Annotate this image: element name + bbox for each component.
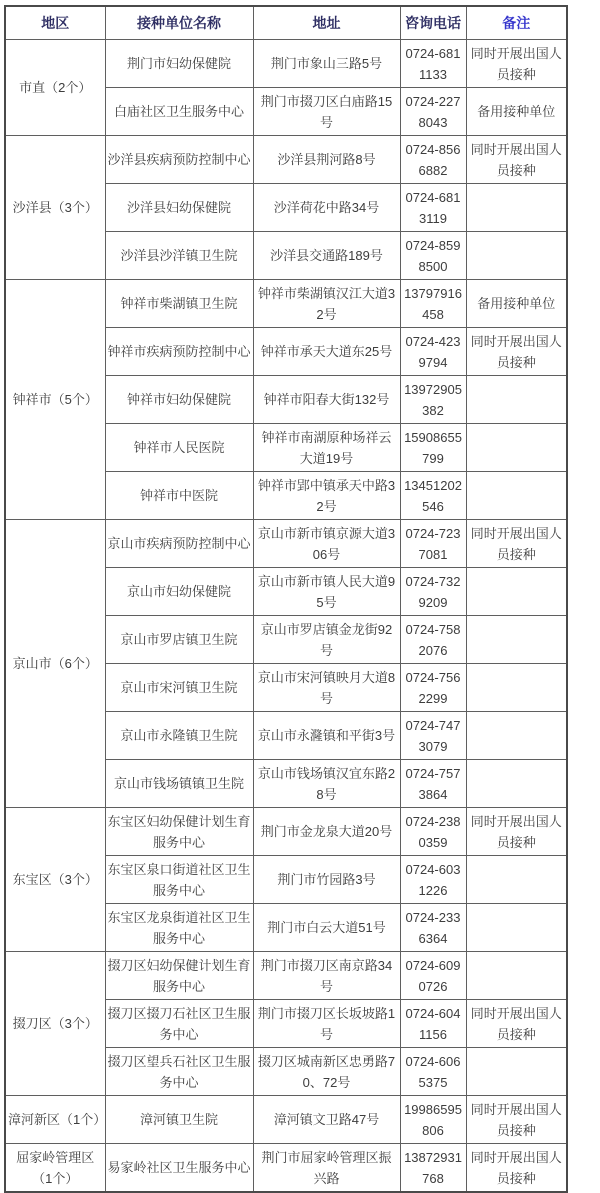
address-cell: 沙洋荷花中路34号 [253,184,400,232]
phone-cell: 0724-7573864 [400,760,466,808]
unit-name-cell: 易家岭社区卫生服务中心 [105,1144,253,1193]
address-cell: 沙洋县交通路189号 [253,232,400,280]
address-cell: 荆门市掇刀区白庙路15号 [253,88,400,136]
unit-name-cell: 漳河镇卫生院 [105,1096,253,1144]
unit-name-cell: 京山市罗店镇卫生院 [105,616,253,664]
address-cell: 钟祥市柴湖镇汉江大道32号 [253,280,400,328]
region-cell: 漳河新区（1个） [5,1096,105,1144]
unit-name-cell: 京山市妇幼保健院 [105,568,253,616]
address-cell: 京山市新市镇京源大道306号 [253,520,400,568]
address-cell: 钟祥市南湖原种场祥云大道19号 [253,424,400,472]
region-cell: 沙洋县（3个） [5,136,105,280]
remark-cell [466,184,567,232]
address-cell: 荆门市金龙泉大道20号 [253,808,400,856]
remark-cell: 备用接种单位 [466,280,567,328]
unit-name-cell: 钟祥市疾病预防控制中心 [105,328,253,376]
phone-cell: 0724-7237081 [400,520,466,568]
phone-cell: 0724-6813119 [400,184,466,232]
address-cell: 京山市钱场镇汉宜东路28号 [253,760,400,808]
unit-name-cell: 掇刀区望兵石社区卫生服务中心 [105,1048,253,1096]
remark-cell: 同时开展出国人员接种 [466,136,567,184]
remark-cell [466,664,567,712]
unit-name-cell: 钟祥市柴湖镇卫生院 [105,280,253,328]
column-header-region: 地区 [5,6,105,40]
address-cell: 钟祥市阳春大街132号 [253,376,400,424]
phone-cell: 0724-2336364 [400,904,466,952]
remark-cell [466,904,567,952]
phone-cell: 0724-7582076 [400,616,466,664]
region-cell: 东宝区（3个） [5,808,105,952]
table-row: 东宝区（3个）东宝区妇幼保健计划生育服务中心荆门市金龙泉大道20号0724-23… [5,808,567,856]
phone-cell: 0724-2380359 [400,808,466,856]
address-cell: 钟祥市承天大道东25号 [253,328,400,376]
phone-cell: 0724-7473079 [400,712,466,760]
address-cell: 荆门市竹园路3号 [253,856,400,904]
remark-cell [466,376,567,424]
unit-name-cell: 钟祥市中医院 [105,472,253,520]
remark-cell: 同时开展出国人员接种 [466,40,567,88]
remark-cell: 同时开展出国人员接种 [466,520,567,568]
remark-cell [466,472,567,520]
column-header-address: 地址 [253,6,400,40]
address-cell: 京山市罗店镇金龙街92号 [253,616,400,664]
phone-cell: 13972905382 [400,376,466,424]
unit-name-cell: 沙洋县妇幼保健院 [105,184,253,232]
phone-cell: 19986595806 [400,1096,466,1144]
column-header-remark: 备注 [466,6,567,40]
unit-name-cell: 京山市宋河镇卫生院 [105,664,253,712]
phone-cell: 0724-7562299 [400,664,466,712]
unit-name-cell: 沙洋县疾病预防控制中心 [105,136,253,184]
remark-cell [466,232,567,280]
remark-cell [466,568,567,616]
table-row: 沙洋县（3个）沙洋县疾病预防控制中心沙洋县荆河路8号0724-8566882同时… [5,136,567,184]
unit-name-cell: 沙洋县沙洋镇卫生院 [105,232,253,280]
address-cell: 钟祥市郢中镇承天中路32号 [253,472,400,520]
phone-cell: 0724-4239794 [400,328,466,376]
remark-cell: 同时开展出国人员接种 [466,1144,567,1193]
remark-cell: 同时开展出国人员接种 [466,1096,567,1144]
address-cell: 荆门市白云大道51号 [253,904,400,952]
phone-cell: 0724-2278043 [400,88,466,136]
region-cell: 掇刀区（3个） [5,952,105,1096]
vaccination-sites-table: 地区 接种单位名称 地址 咨询电话 备注 市直（2个）荆门市妇幼保健院荆门市象山… [4,5,568,1193]
phone-cell: 0724-6811133 [400,40,466,88]
address-cell: 京山市永漋镇和平街3号 [253,712,400,760]
unit-name-cell: 白庙社区卫生服务中心 [105,88,253,136]
address-cell: 荆门市掇刀区长坂坡路1号 [253,1000,400,1048]
unit-name-cell: 钟祥市妇幼保健院 [105,376,253,424]
header-row: 地区 接种单位名称 地址 咨询电话 备注 [5,6,567,40]
phone-cell: 0724-7329209 [400,568,466,616]
remark-cell [466,1048,567,1096]
column-header-phone: 咨询电话 [400,6,466,40]
column-header-unit: 接种单位名称 [105,6,253,40]
remark-cell [466,424,567,472]
phone-cell: 0724-6041156 [400,1000,466,1048]
address-cell: 荆门市掇刀区南京路34号 [253,952,400,1000]
phone-cell: 13872931768 [400,1144,466,1193]
table-row: 屈家岭管理区（1个）易家岭社区卫生服务中心荆门市屈家岭管理区振兴路1387293… [5,1144,567,1193]
remark-cell [466,712,567,760]
unit-name-cell: 钟祥市人民医院 [105,424,253,472]
region-cell: 市直（2个） [5,40,105,136]
remark-cell [466,616,567,664]
table-row: 漳河新区（1个）漳河镇卫生院漳河镇文卫路47号19986595806同时开展出国… [5,1096,567,1144]
phone-cell: 13797916458 [400,280,466,328]
unit-name-cell: 东宝区龙泉街道社区卫生服务中心 [105,904,253,952]
unit-name-cell: 京山市钱场镇镇卫生院 [105,760,253,808]
remark-cell: 同时开展出国人员接种 [466,808,567,856]
phone-cell: 0724-8566882 [400,136,466,184]
region-cell: 屈家岭管理区（1个） [5,1144,105,1193]
address-cell: 沙洋县荆河路8号 [253,136,400,184]
region-cell: 钟祥市（5个） [5,280,105,520]
address-cell: 荆门市象山三路5号 [253,40,400,88]
phone-cell: 15908655799 [400,424,466,472]
address-cell: 荆门市屈家岭管理区振兴路 [253,1144,400,1193]
address-cell: 京山市宋河镇映月大道8号 [253,664,400,712]
remark-cell: 备用接种单位 [466,88,567,136]
phone-cell: 0724-6031226 [400,856,466,904]
unit-name-cell: 京山市疾病预防控制中心 [105,520,253,568]
remark-cell: 同时开展出国人员接种 [466,328,567,376]
phone-cell: 0724-6065375 [400,1048,466,1096]
unit-name-cell: 掇刀区妇幼保健计划生育服务中心 [105,952,253,1000]
phone-cell: 0724-8598500 [400,232,466,280]
unit-name-cell: 东宝区泉口街道社区卫生服务中心 [105,856,253,904]
address-cell: 掇刀区城南新区忠勇路70、72号 [253,1048,400,1096]
remark-cell [466,856,567,904]
table-row: 市直（2个）荆门市妇幼保健院荆门市象山三路5号0724-6811133同时开展出… [5,40,567,88]
unit-name-cell: 京山市永隆镇卫生院 [105,712,253,760]
unit-name-cell: 荆门市妇幼保健院 [105,40,253,88]
table-row: 京山市（6个）京山市疾病预防控制中心京山市新市镇京源大道306号0724-723… [5,520,567,568]
table-row: 钟祥市（5个）钟祥市柴湖镇卫生院钟祥市柴湖镇汉江大道32号13797916458… [5,280,567,328]
phone-cell: 13451202546 [400,472,466,520]
phone-cell: 0724-6090726 [400,952,466,1000]
unit-name-cell: 掇刀区掇刀石社区卫生服务中心 [105,1000,253,1048]
address-cell: 京山市新市镇人民大道95号 [253,568,400,616]
table-row: 掇刀区（3个）掇刀区妇幼保健计划生育服务中心荆门市掇刀区南京路34号0724-6… [5,952,567,1000]
unit-name-cell: 东宝区妇幼保健计划生育服务中心 [105,808,253,856]
address-cell: 漳河镇文卫路47号 [253,1096,400,1144]
remark-cell [466,952,567,1000]
remark-cell: 同时开展出国人员接种 [466,1000,567,1048]
remark-cell [466,760,567,808]
region-cell: 京山市（6个） [5,520,105,808]
